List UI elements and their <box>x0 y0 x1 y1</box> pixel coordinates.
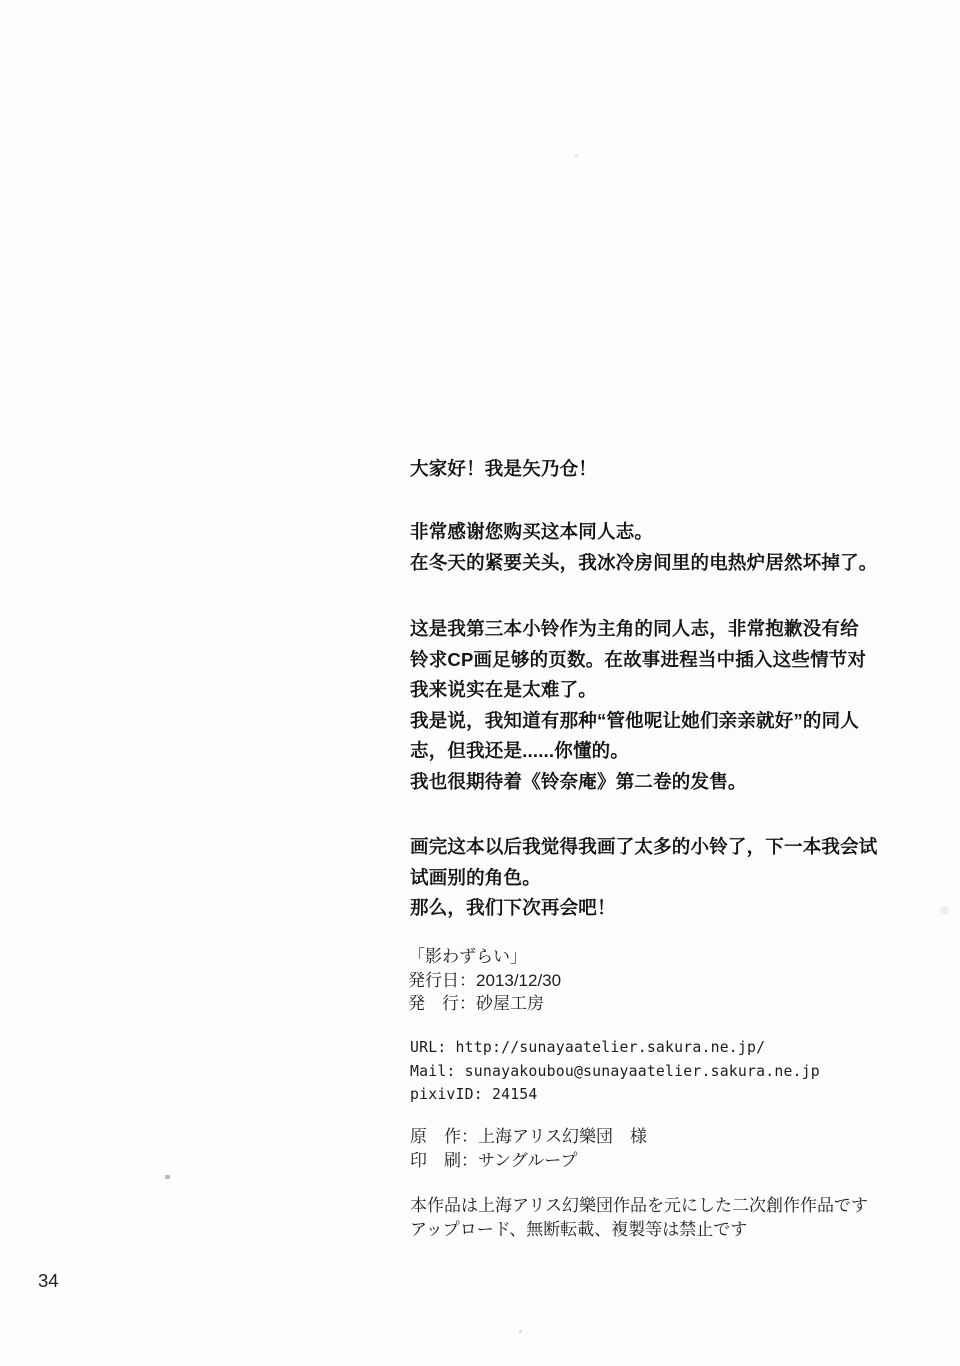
colophon-contact-block: URL: http://sunayaatelier.sakura.ne.jp/ … <box>410 1036 820 1107</box>
doujinshi-afterword-page: 大家好！我是矢乃仓！ 非常感谢您购买这本同人志。 在冬天的紧要关头，我冰冷房间里… <box>0 0 960 1366</box>
afterword-main-paragraph: 这是我第三本小铃作为主角的同人志，非常抱歉没有给 铃求CP画足够的页数。在故事进… <box>410 614 866 797</box>
scan-speck <box>165 1175 170 1179</box>
colophon-disclaimer-block: 本作品は上海アリス幻樂団作品を元にした二次創作作品です アップロード、無断転載、… <box>410 1194 868 1241</box>
scan-speck <box>519 1330 522 1333</box>
colophon-title-block: 「影わずらい」 発行日：2013/12/30 発 行：砂屋工房 <box>408 945 561 1016</box>
page-number: 34 <box>38 1270 59 1292</box>
afterword-thanks-paragraph: 非常感谢您购买这本同人志。 在冬天的紧要关头，我冰冷房间里的电热炉居然坏掉了。 <box>410 517 878 578</box>
afterword-closing-paragraph: 画完这本以后我觉得我画了太多的小铃了，下一本我会试 试画别的角色。 那么，我们下… <box>410 832 878 924</box>
scan-speck <box>940 906 949 915</box>
scan-speck <box>575 154 578 157</box>
afterword-greeting: 大家好！我是矢乃仓！ <box>410 454 597 485</box>
colophon-credits-block: 原 作：上海アリス幻樂団 様 印 刷：サングループ <box>410 1125 647 1172</box>
